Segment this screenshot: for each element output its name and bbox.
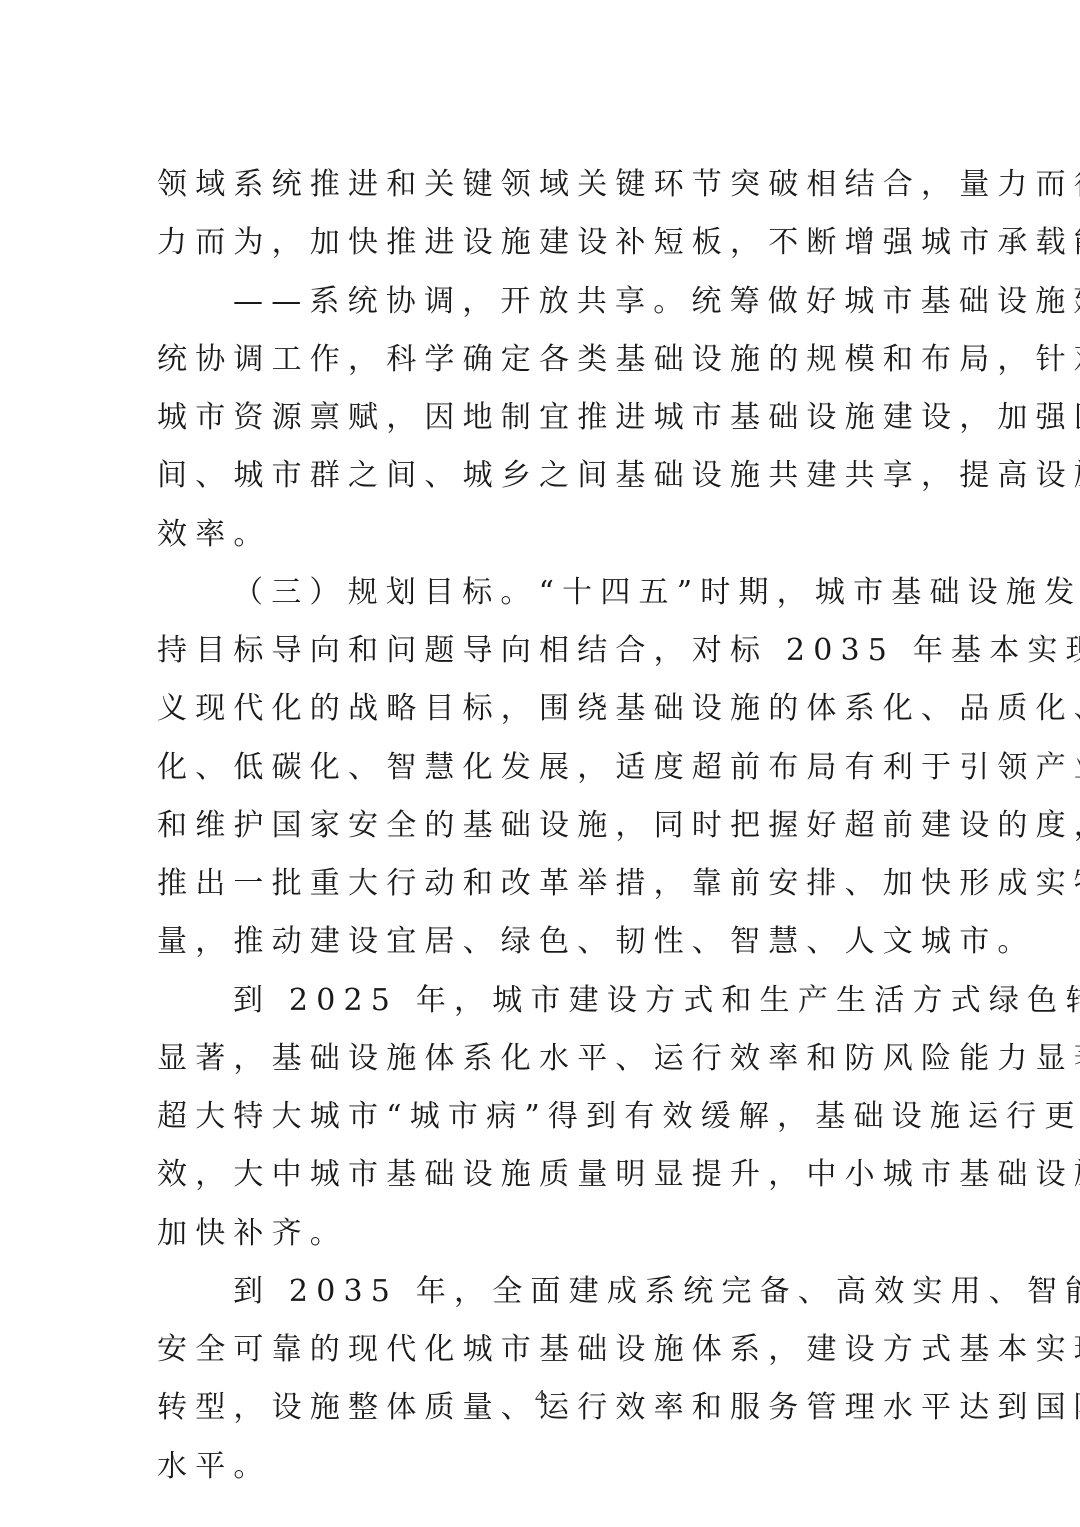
text-line: 统协调工作，科学确定各类基础设施的规模和布局，针对不同 xyxy=(157,331,927,389)
text-line: 推出一批重大行动和改革举措，靠前安排、加快形成实物工作 xyxy=(157,855,927,913)
section-heading-line: （三）规划目标。“十四五”时期，城市基础设施发展坚 xyxy=(157,564,927,622)
text-line: 义现代化的战略目标，围绕基础设施的体系化、品质化、绿色 xyxy=(157,680,927,738)
paragraph-first-line: 到 2035 年，全面建成系统完备、高效实用、智能绿色、 xyxy=(157,1263,927,1321)
text-line: 效率。 xyxy=(157,506,927,564)
text-line: 城市资源禀赋，因地制宜推进城市基础设施建设，加强区域之 xyxy=(157,389,927,447)
text-line: 效，大中城市基础设施质量明显提升，中小城市基础设施短板 xyxy=(157,1146,927,1204)
text-line: 间、城市群之间、城乡之间基础设施共建共享，提高设施使用 xyxy=(157,447,927,505)
text-line: 领域系统推进和关键领域关键环节突破相结合，量力而行、尽 xyxy=(157,156,927,214)
text-line: 化、低碳化、智慧化发展，适度超前布局有利于引领产业发展 xyxy=(157,739,927,797)
text-line: 加快补齐。 xyxy=(157,1205,927,1263)
page-number: 4 xyxy=(0,1386,1080,1409)
paragraph-first-line: ——系统协调，开放共享。统筹做好城市基础设施建设系 xyxy=(157,273,927,331)
text-line: 安全可靠的现代化城市基础设施体系，建设方式基本实现绿色 xyxy=(157,1321,927,1379)
document-page: 领域系统推进和关键领域关键环节突破相结合，量力而行、尽 力而为，加快推进设施建设… xyxy=(0,0,1080,1527)
body-text: 领域系统推进和关键领域关键环节突破相结合，量力而行、尽 力而为，加快推进设施建设… xyxy=(157,156,927,1496)
text-line: 显著，基础设施体系化水平、运行效率和防风险能力显著提升， xyxy=(157,1030,927,1088)
text-line: 持目标导向和问题导向相结合，对标 2035 年基本实现社会主 xyxy=(157,622,927,680)
text-line: 超大特大城市“城市病”得到有效缓解，基础设施运行更加高 xyxy=(157,1088,927,1146)
text-line: 量，推动建设宜居、绿色、韧性、智慧、人文城市。 xyxy=(157,913,927,971)
text-line: 和维护国家安全的基础设施，同时把握好超前建设的度，研究 xyxy=(157,797,927,855)
paragraph-first-line: 到 2025 年，城市建设方式和生产生活方式绿色转型成效 xyxy=(157,972,927,1030)
text-line: 力而为，加快推进设施建设补短板，不断增强城市承载能力。 xyxy=(157,214,927,272)
text-line: 水平。 xyxy=(157,1438,927,1496)
